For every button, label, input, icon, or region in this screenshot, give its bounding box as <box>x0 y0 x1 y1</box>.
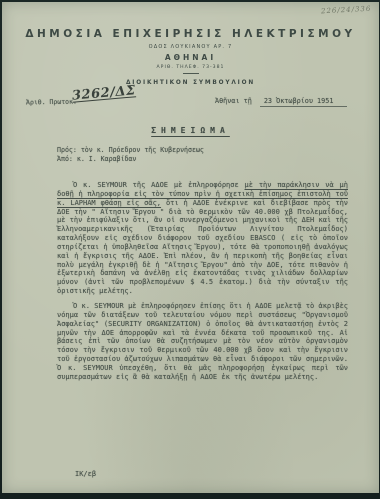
letterhead: ΔΗΜΟΣΙΑ ΕΠΙΧΕΙΡΗΣΙΣ ΗΛΕΚΤΡΙΣΜΟΥ ΟΔΟΣ ΛΟΥ… <box>2 28 379 86</box>
sender-line: Ἀπό: κ. Ι. Καραβίδαν <box>57 155 204 164</box>
department-name: ΔΙΟΙΚΗΤΙΚΟΝ ΣΥΜΒΟΥΛΙΟΝ <box>2 80 379 86</box>
paragraph-1-intro: Ὁ κ. SEYMOUR τῆς ΑΔΟΕ μὲ ἐπληροφόρησε <box>73 181 245 189</box>
organization-phone: ΑΡΙΘ. ΤΗΛΕΦ. 73-381 <box>2 65 379 70</box>
date-value: 23 Ὀκτωβρίου 1951 <box>260 97 348 107</box>
document-page: 226/24/336 ΔΗΜΟΣΙΑ ΕΠΙΧΕΙΡΗΣΙΣ ΗΛΕΚΤΡΙΣΜ… <box>2 2 379 493</box>
typist-initials: ΙΚ/εβ <box>75 470 96 478</box>
date-line: Ἀθῆναι τῇ23 Ὀκτωβρίου 1951 <box>215 97 347 107</box>
organization-address: ΟΔΟΣ ΛΟΥΚΙΑΝΟΥ ΑΡ. 7 <box>2 44 379 50</box>
organization-name: ΔΗΜΟΣΙΑ ΕΠΙΧΕΙΡΗΣΙΣ ΗΛΕΚΤΡΙΣΜΟΥ <box>2 28 379 40</box>
paragraph-1: Ὁ κ. SEYMOUR τῆς ΑΔΟΕ μὲ ἐπληροφόρησε μὲ… <box>57 181 348 296</box>
scanned-document: 226/24/336 ΔΗΜΟΣΙΑ ΕΠΙΧΕΙΡΗΣΙΣ ΗΛΕΚΤΡΙΣΜ… <box>0 0 380 499</box>
recipient-line: Πρός: τὸν κ. Πρόεδρον τῆς Κυβερνήσεως <box>57 146 204 155</box>
paragraph-2: Ὁ κ. SEYMOUR μὲ ἐπληροφόρησεν ἐπίσης ὅτι… <box>57 302 348 382</box>
date-label: Ἀθῆναι τῇ <box>215 97 252 105</box>
letterhead-divider <box>183 73 199 74</box>
organization-city: ΑΘΗΝΑΙ <box>2 53 379 62</box>
address-block: Πρός: τὸν κ. Πρόεδρον τῆς Κυβερνήσεως Ἀπ… <box>57 146 204 165</box>
paragraph-1-continuation: ὅτι ἡ ΑΔΟΕ ἐνέκρινε καὶ διεβίβασε πρὸς τ… <box>57 199 348 295</box>
handwritten-file-number: 226/24/336 <box>320 5 371 16</box>
memo-body: Ὁ κ. SEYMOUR τῆς ΑΔΟΕ μὲ ἐπληροφόρησε μὲ… <box>57 181 348 382</box>
memo-title: ΣΗΜΕΙΩΜΑ <box>2 126 379 135</box>
protocol-number-label: Ἀριθ. Πρωτοκ. <box>26 98 77 107</box>
handwritten-protocol-number: 3262/ΔΣ <box>71 83 136 103</box>
